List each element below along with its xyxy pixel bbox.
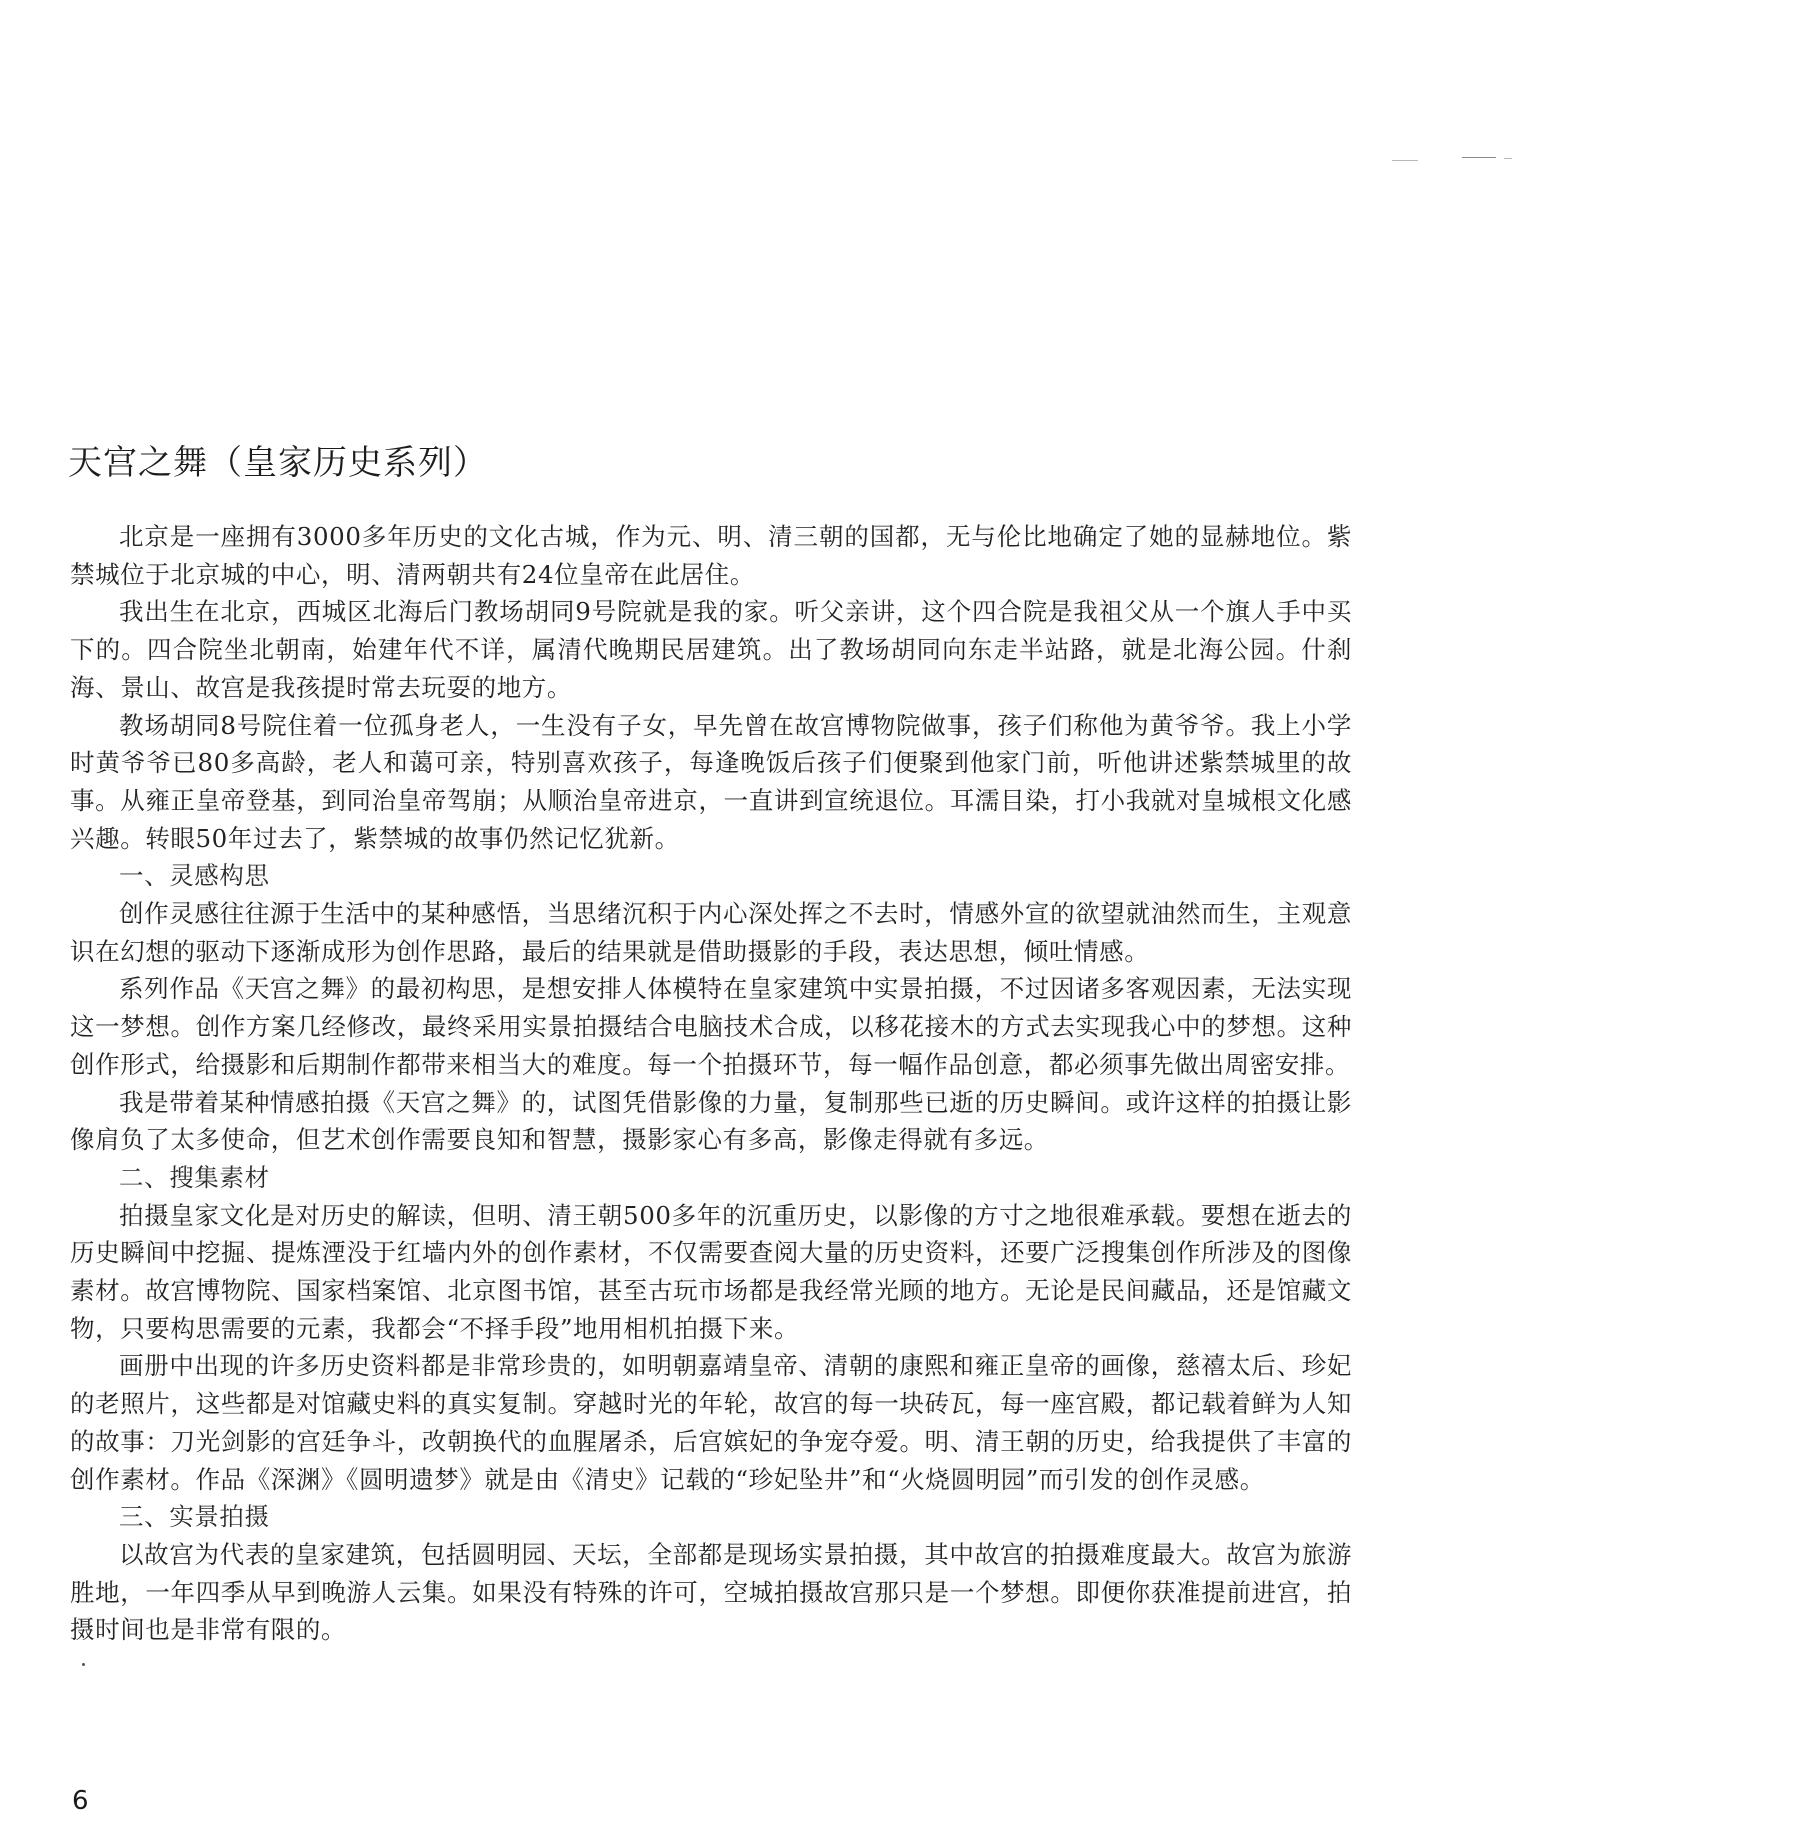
paragraph: 画册中出现的许多历史资料都是非常珍贵的，如明朝嘉靖皇帝、清朝的康熙和雍正皇帝的画… [70, 1347, 1352, 1498]
scan-artifact [1462, 157, 1496, 158]
page-title: 天宫之舞（皇家历史系列） [68, 440, 488, 486]
paragraph: 拍摄皇家文化是对历史的解读，但明、清王朝500多年的沉重历史，以影像的方寸之地很… [70, 1197, 1352, 1348]
paragraph: 我出生在北京，西城区北海后门教场胡同9号院就是我的家。听父亲讲，这个四合院是我祖… [70, 593, 1352, 706]
paragraph: 北京是一座拥有3000多年历史的文化古城，作为元、明、清三朝的国都，无与伦比地确… [70, 518, 1352, 593]
page-number: 6 [72, 1786, 89, 1816]
scan-artifact [1504, 158, 1512, 159]
scan-artifact [1392, 160, 1418, 161]
section-heading: 三、实景拍摄 [70, 1498, 1352, 1536]
article-body: 北京是一座拥有3000多年历史的文化古城，作为元、明、清三朝的国都，无与伦比地确… [70, 518, 1352, 1649]
paragraph: 系列作品《天宫之舞》的最初构思，是想安排人体模特在皇家建筑中实景拍摄，不过因诸多… [70, 970, 1352, 1083]
paragraph: 以故宫为代表的皇家建筑，包括圆明园、天坛，全部都是现场实景拍摄，其中故宫的拍摄难… [70, 1536, 1352, 1649]
section-heading: 一、灵感构思 [70, 857, 1352, 895]
section-heading: 二、搜集素材 [70, 1159, 1352, 1197]
scan-artifact-dot [82, 1663, 85, 1666]
paragraph: 我是带着某种情感拍摄《天宫之舞》的，试图凭借影像的力量，复制那些已逝的历史瞬间。… [70, 1084, 1352, 1159]
paragraph: 创作灵感往往源于生活中的某种感悟，当思绪沉积于内心深处挥之不去时，情感外宣的欲望… [70, 895, 1352, 970]
paragraph: 教场胡同8号院住着一位孤身老人，一生没有子女，早先曾在故宫博物院做事，孩子们称他… [70, 707, 1352, 858]
